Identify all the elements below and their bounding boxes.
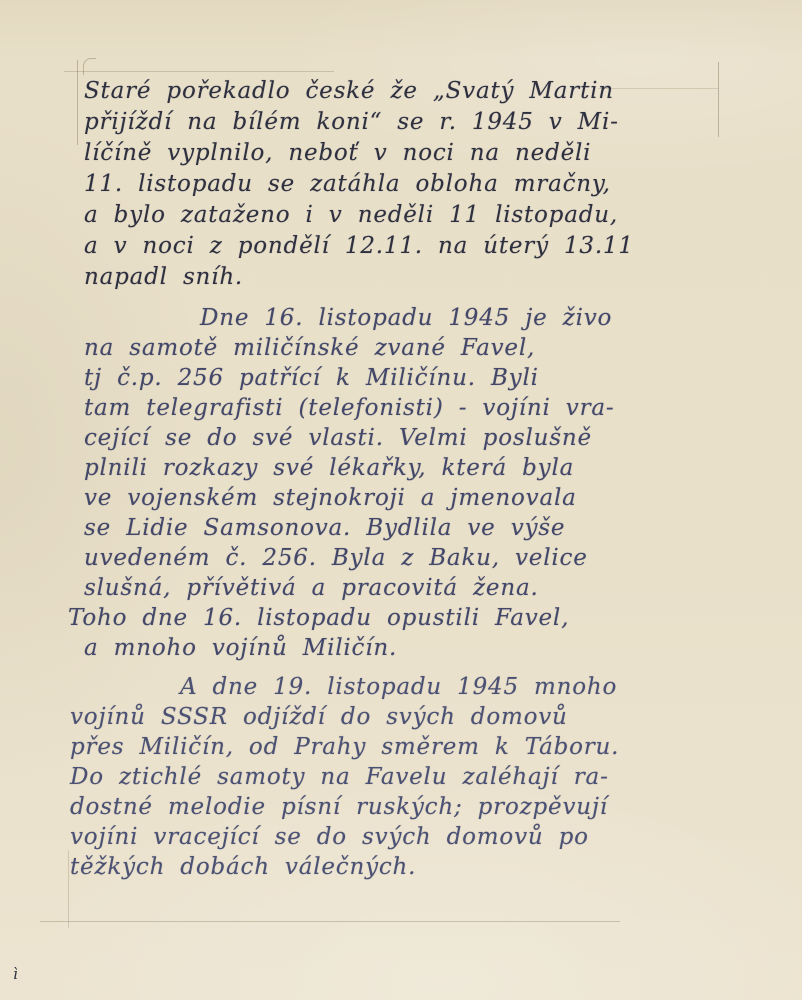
paragraph-16-listopadu: Dne 16. listopadu 1945 je živo na samotě… [84, 303, 734, 663]
handwriting-line: přes Miličín, od Prahy směrem k Táboru. [70, 732, 734, 762]
pencil-margin-line-top-left-vertical [77, 60, 78, 145]
paragraph-svaty-martin: Staré pořekadlo české že „Svatý Martin p… [84, 76, 734, 293]
handwriting-line: přijíždí na bílém koni“ se r. 1945 v Mi- [84, 107, 734, 138]
handwriting-line: těžkých dobách válečných. [70, 852, 734, 882]
handwritten-text-block: Staré pořekadlo české že „Svatý Martin p… [84, 76, 734, 882]
handwriting-line: a mnoho vojínů Miličín. [84, 633, 734, 663]
handwriting-line: líčíně vyplnilo, neboť v noci na neděli [84, 138, 734, 169]
handwriting-line: a bylo zataženo i v neděli 11 listopadu, [84, 200, 734, 231]
handwriting-line: Dne 16. listopadu 1945 je živo [84, 303, 734, 333]
handwriting-line: Staré pořekadlo české že „Svatý Martin [84, 76, 734, 107]
handwriting-line: uvedeném č. 256. Byla z Baku, velice [84, 543, 734, 573]
handwriting-line: napadl sníh. [84, 262, 734, 293]
handwriting-line: A dne 19. listopadu 1945 mnoho [84, 672, 734, 702]
handwriting-line: vojíni vracející se do svých domovů po [70, 822, 734, 852]
handwriting-line: ve vojenském stejnokroji a jmenovala [84, 483, 734, 513]
handwriting-line: tam telegrafisti (telefonisti) - vojíni … [84, 393, 734, 423]
bottom-left-ink-mark: ì [13, 965, 18, 983]
handwriting-line: 11. listopadu se zatáhla obloha mračny, [84, 169, 734, 200]
pencil-margin-line-top-horizontal [64, 71, 334, 72]
handwriting-line: Toho dne 16. listopadu opustili Favel, [68, 603, 734, 633]
handwriting-line: slušná, přívětivá a pracovitá žena. [84, 573, 734, 603]
pencil-margin-line-bottom-horizontal [40, 921, 620, 922]
handwriting-line: a v noci z pondělí 12.11. na úterý 13.11 [84, 231, 734, 262]
pencil-margin-line-bottom-left-vertical [68, 850, 69, 928]
handwriting-line: se Lidie Samsonova. Bydlila ve výše [84, 513, 734, 543]
handwriting-line: vojínů SSSR odjíždí do svých domovů [70, 702, 734, 732]
handwriting-line: cející se do své vlasti. Velmi poslušně [84, 423, 734, 453]
handwriting-line: plnili rozkazy své lékařky, která byla [84, 453, 734, 483]
handwriting-line: Do ztichlé samoty na Favelu zaléhají ra- [70, 762, 734, 792]
manuscript-page: Staré pořekadlo české že „Svatý Martin p… [0, 0, 802, 1000]
paragraph-19-listopadu: A dne 19. listopadu 1945 mnoho vojínů SS… [84, 672, 734, 882]
pencil-corner-hook [83, 58, 96, 75]
handwriting-line: dostné melodie písní ruských; prozpěvují [70, 792, 734, 822]
handwriting-line: na samotě miličínské zvané Favel, [84, 333, 734, 363]
handwriting-line: tj č.p. 256 patřící k Miličínu. Byli [84, 363, 734, 393]
